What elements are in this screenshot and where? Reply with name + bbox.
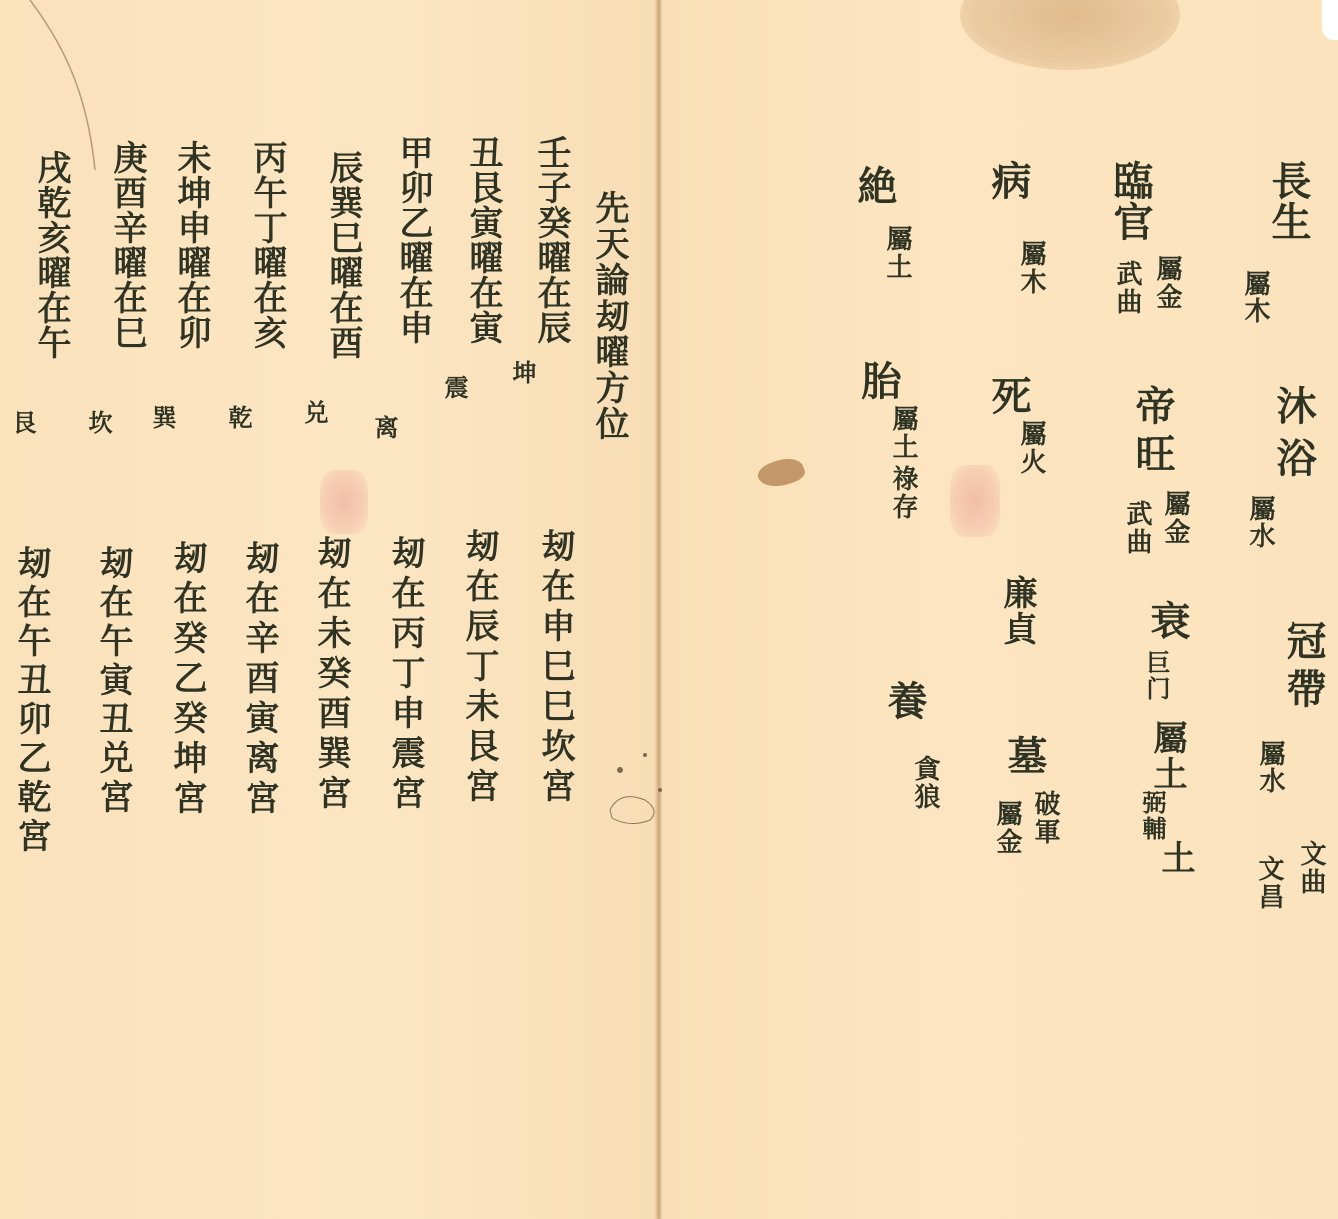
upper-column-3: 甲卯乙曜在申 离: [372, 135, 430, 440]
entry-name: 冠帶: [1283, 620, 1323, 716]
upper-column-8: 戌乾亥曜在午 艮: [10, 150, 68, 435]
column-main-text: 辰巽巳曜在酉: [326, 150, 360, 360]
star-bifu: 弼輔: [1140, 790, 1164, 842]
entry-muyu: 沐浴 屬水: [1247, 385, 1313, 549]
column-main-text: 庚酉辛曜在巳: [110, 140, 144, 350]
red-seal-mark: [320, 470, 368, 534]
column-note: 坎: [86, 410, 110, 435]
entry-name: 帝旺: [1132, 385, 1172, 481]
column-main-text: 未坤申曜在卯: [174, 140, 208, 350]
star-pojun: 破軍: [1032, 790, 1058, 846]
column-note: 巽: [150, 405, 174, 430]
column-main-text: 戌乾亥曜在午: [34, 150, 68, 360]
lower-column-8: 刼在午丑卯乙乾宮: [14, 545, 48, 857]
page-title: 先天論刼曜方位: [592, 190, 626, 442]
entry-attribute: 屬木: [1242, 270, 1268, 324]
upper-column-7: 庚酉辛曜在巳 坎: [86, 140, 144, 435]
star-wenqu: 文曲: [1298, 840, 1324, 896]
column-main-text: 壬子癸曜在辰: [534, 135, 568, 345]
star-lucun: 祿存: [890, 465, 916, 521]
entry-attribute: 屬火: [1018, 420, 1044, 476]
column-note: 兑: [302, 400, 326, 425]
entry-attribute: 屬土: [884, 225, 910, 281]
entry-attribute: 屬金: [1154, 255, 1180, 311]
column-main-text: 丙午丁曜在亥: [250, 140, 284, 350]
entry-attribute: 屬土: [890, 405, 916, 461]
entry-si: 死: [988, 375, 1028, 417]
column-main-text: 丑艮寅曜在寅: [466, 135, 500, 345]
entry-attribute: 屬水: [1247, 495, 1273, 549]
paper-fleck: [755, 453, 807, 493]
entry-mu: 墓: [1004, 735, 1044, 777]
entry-jue: 絶: [854, 165, 894, 207]
entry-linguan: 臨官: [1110, 160, 1150, 242]
entry-bing: 病: [988, 160, 1028, 202]
entry-name: 長生: [1268, 160, 1308, 242]
lower-column-5: 刼在辛酉寅离宮: [242, 540, 276, 820]
torn-corner: [1322, 0, 1338, 40]
lower-column-7: 刼在午寅丑兑宮: [96, 545, 130, 818]
entry-guandai: 冠帶 屬水: [1257, 620, 1323, 794]
star-wuqu: 武曲: [1124, 500, 1150, 556]
column-note: 乾: [226, 405, 250, 430]
lower-column-3: 刼在丙丁申震宮: [388, 535, 422, 815]
lower-column-1: 刼在申巳巳坎宮: [538, 528, 572, 808]
column-note: 离: [372, 415, 396, 440]
column-note: 震: [442, 375, 466, 400]
lower-column-2: 刼在辰丁未艮宮: [462, 528, 496, 808]
entry-attribute: 屬金: [1162, 490, 1188, 546]
left-page: 先天論刼曜方位 壬子癸曜在辰 坤 丑艮寅曜在寅 震 甲卯乙曜在申 离 辰巽巳曜在…: [0, 0, 658, 1219]
column-note: 坤: [510, 360, 534, 385]
manuscript-spread: 先天論刼曜方位 壬子癸曜在辰 坤 丑艮寅曜在寅 震 甲卯乙曜在申 离 辰巽巳曜在…: [0, 0, 1338, 1219]
entry-attribute: 屬木: [1018, 240, 1044, 296]
entry-changsheng: 長生 屬木: [1242, 160, 1308, 324]
entry-shuai: 衰: [1147, 600, 1187, 642]
entry-yang: 養: [884, 680, 924, 722]
column-main-text: 甲卯乙曜在申: [396, 135, 430, 345]
upper-column-4: 辰巽巳曜在酉 兑: [302, 150, 360, 425]
entry-name: 臨官: [1110, 160, 1150, 242]
star-lianzhen: 廉貞: [1000, 575, 1034, 647]
upper-column-5: 丙午丁曜在亥 乾: [226, 140, 284, 430]
upper-column-2: 丑艮寅曜在寅 震: [442, 135, 500, 400]
entry-extra: 土: [1158, 840, 1192, 876]
lower-column-6: 刼在癸乙癸坤宮: [170, 540, 204, 820]
entry-diwang: 帝旺: [1132, 385, 1172, 481]
upper-column-1: 壬子癸曜在辰 坤: [510, 135, 568, 385]
water-stain: [960, 0, 1180, 70]
star-jumen: 巨门: [1144, 650, 1168, 702]
lower-column-4: 刼在未癸酉巽宮: [314, 535, 348, 815]
column-note: 艮: [10, 410, 34, 435]
star-wuqu: 武曲: [1114, 260, 1140, 316]
right-page: 長生 屬木 沐浴 屬水 冠帶 屬水 文曲 文昌 臨官 屬金 武曲 帝旺 屬金 武…: [662, 0, 1338, 1219]
entry-attribute: 屬金: [994, 800, 1020, 856]
entry-attribute: 屬水: [1257, 740, 1283, 794]
entry-attribute: 屬土: [1150, 720, 1184, 792]
entry-name: 沐浴: [1273, 385, 1313, 489]
star-wenchang: 文昌: [1256, 855, 1282, 911]
upper-column-6: 未坤申曜在卯 巽: [150, 140, 208, 430]
star-tanlang: 貪狼: [912, 755, 938, 811]
entry-tai: 胎: [858, 360, 898, 402]
red-seal-mark: [950, 465, 1000, 537]
